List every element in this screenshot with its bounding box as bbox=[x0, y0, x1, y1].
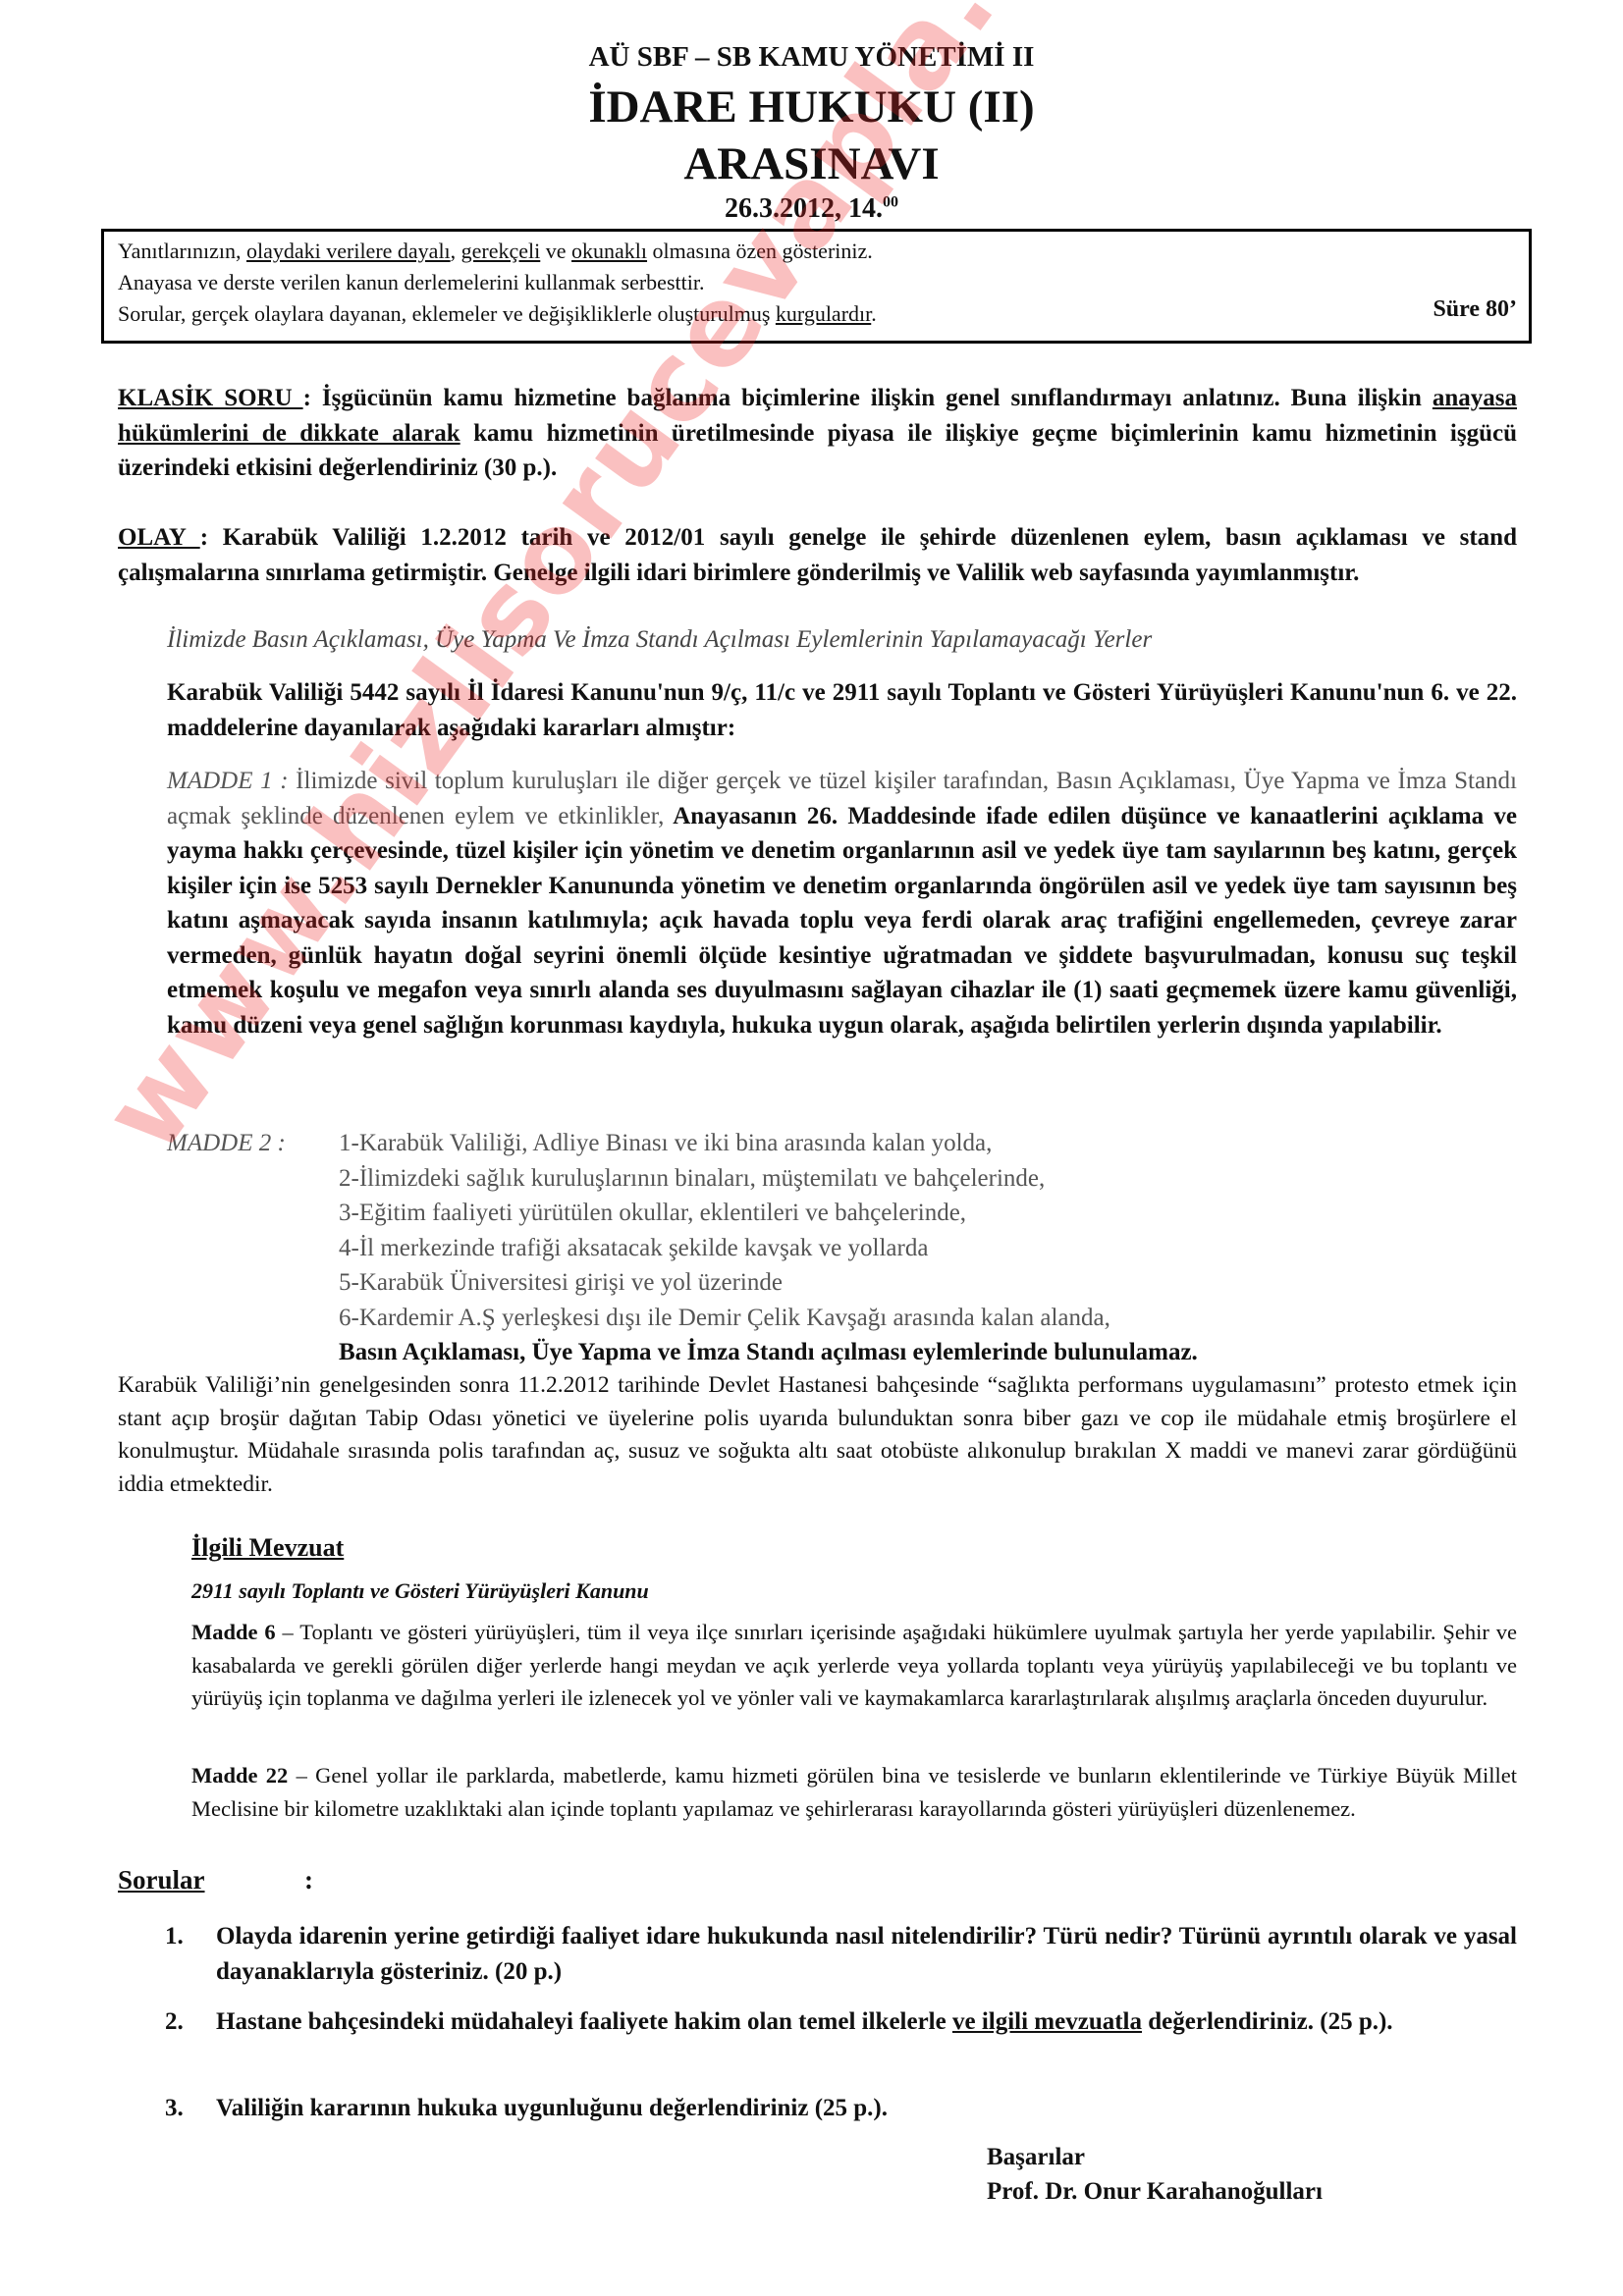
questions-heading: Sorular: bbox=[118, 1865, 313, 1896]
closing-greeting: Başarılar bbox=[987, 2140, 1323, 2174]
legal-basis: Karabük Valiliği 5442 sayılı İl İdaresi … bbox=[167, 675, 1517, 745]
circular-title: İlimizde Basın Açıklaması, Üye Yapma Ve … bbox=[167, 626, 1152, 654]
classic-question-label: KLASİK SORU bbox=[118, 385, 303, 411]
classic-question: KLASİK SORU : İşgücünün kamu hizmetine b… bbox=[118, 381, 1517, 486]
duration-label: Süre 80’ bbox=[1433, 294, 1517, 325]
list-item: 1-Karabük Valiliği, Adliye Binası ve iki… bbox=[339, 1126, 1198, 1161]
case-intro: OLAY : Karabük Valiliği 1.2.2012 tarih v… bbox=[118, 520, 1517, 590]
article-2: MADDE 2 : 1-Karabük Valiliği, Adliye Bin… bbox=[167, 1126, 1198, 1370]
question-2: 2.Hastane bahçesindeki müdahaleyi faaliy… bbox=[165, 2004, 1517, 2040]
article-1: MADDE 1 : İlimizde sivil toplum kuruluşl… bbox=[167, 764, 1517, 1042]
exam-page: AÜ SBF – SB KAMU YÖNETİMİ II İDARE HUKUK… bbox=[0, 0, 1623, 2296]
instructions-box: Yanıtlarınızın, olaydaki verilere dayalı… bbox=[101, 229, 1532, 344]
article-2-label: MADDE 2 : bbox=[167, 1126, 286, 1161]
exam-type: ARASINAVI bbox=[0, 137, 1623, 190]
law-title: 2911 sayılı Toplantı ve Gösteri Yürüyüşl… bbox=[191, 1578, 649, 1604]
course-title: İDARE HUKUKU (II) bbox=[0, 80, 1623, 133]
list-item: 5-Karabük Üniversitesi girişi ve yol üze… bbox=[339, 1265, 1198, 1301]
list-item: 2-İlimizdeki sağlık kuruluşlarının binal… bbox=[339, 1161, 1198, 1197]
list-item: 4-İl merkezinde trafiği aksatacak şekild… bbox=[339, 1231, 1198, 1266]
question-1: 1.Olayda idarenin yerine getirdiği faali… bbox=[165, 1919, 1517, 1989]
exam-date: 26.3.2012, 14.00 bbox=[0, 193, 1623, 225]
author-name: Prof. Dr. Onur Karahanoğulları bbox=[987, 2174, 1323, 2209]
law-article-6: Madde 6 – Toplantı ve gösteri yürüyüşler… bbox=[191, 1616, 1517, 1715]
exam-time-superscript: 00 bbox=[883, 194, 898, 211]
list-item: 6-Kardemir A.Ş yerleşkesi dışı ile Demir… bbox=[339, 1301, 1198, 1336]
law-article-22: Madde 22 – Genel yollar ile parklarda, m… bbox=[191, 1759, 1517, 1825]
question-3: 3.Valiliğin kararının hukuka uygunluğunu… bbox=[165, 2091, 1517, 2126]
list-item: 3-Eğitim faaliyeti yürütülen okullar, ek… bbox=[339, 1196, 1198, 1231]
exam-date-text: 26.3.2012, 14. bbox=[725, 193, 883, 224]
faculty-header: AÜ SBF – SB KAMU YÖNETİMİ II bbox=[0, 41, 1623, 74]
instruction-line-1: Yanıtlarınızın, olaydaki verilere dayalı… bbox=[118, 236, 1515, 267]
legislation-heading: İlgili Mevzuat bbox=[191, 1533, 344, 1563]
instruction-line-2: Anayasa ve derste verilen kanun derlemel… bbox=[118, 267, 1515, 298]
signature-block: Başarılar Prof. Dr. Onur Karahanoğulları bbox=[987, 2140, 1323, 2209]
case-label: OLAY bbox=[118, 524, 200, 551]
article-2-closing: Basın Açıklaması, Üye Yapma ve İmza Stan… bbox=[167, 1335, 1198, 1370]
restricted-places-list: 1-Karabük Valiliği, Adliye Binası ve iki… bbox=[167, 1126, 1198, 1335]
case-continuation: Karabük Valiliği’nin genelgesinden sonra… bbox=[118, 1369, 1517, 1501]
instruction-line-3: Sorular, gerçek olaylara dayanan, ekleme… bbox=[118, 298, 1515, 330]
